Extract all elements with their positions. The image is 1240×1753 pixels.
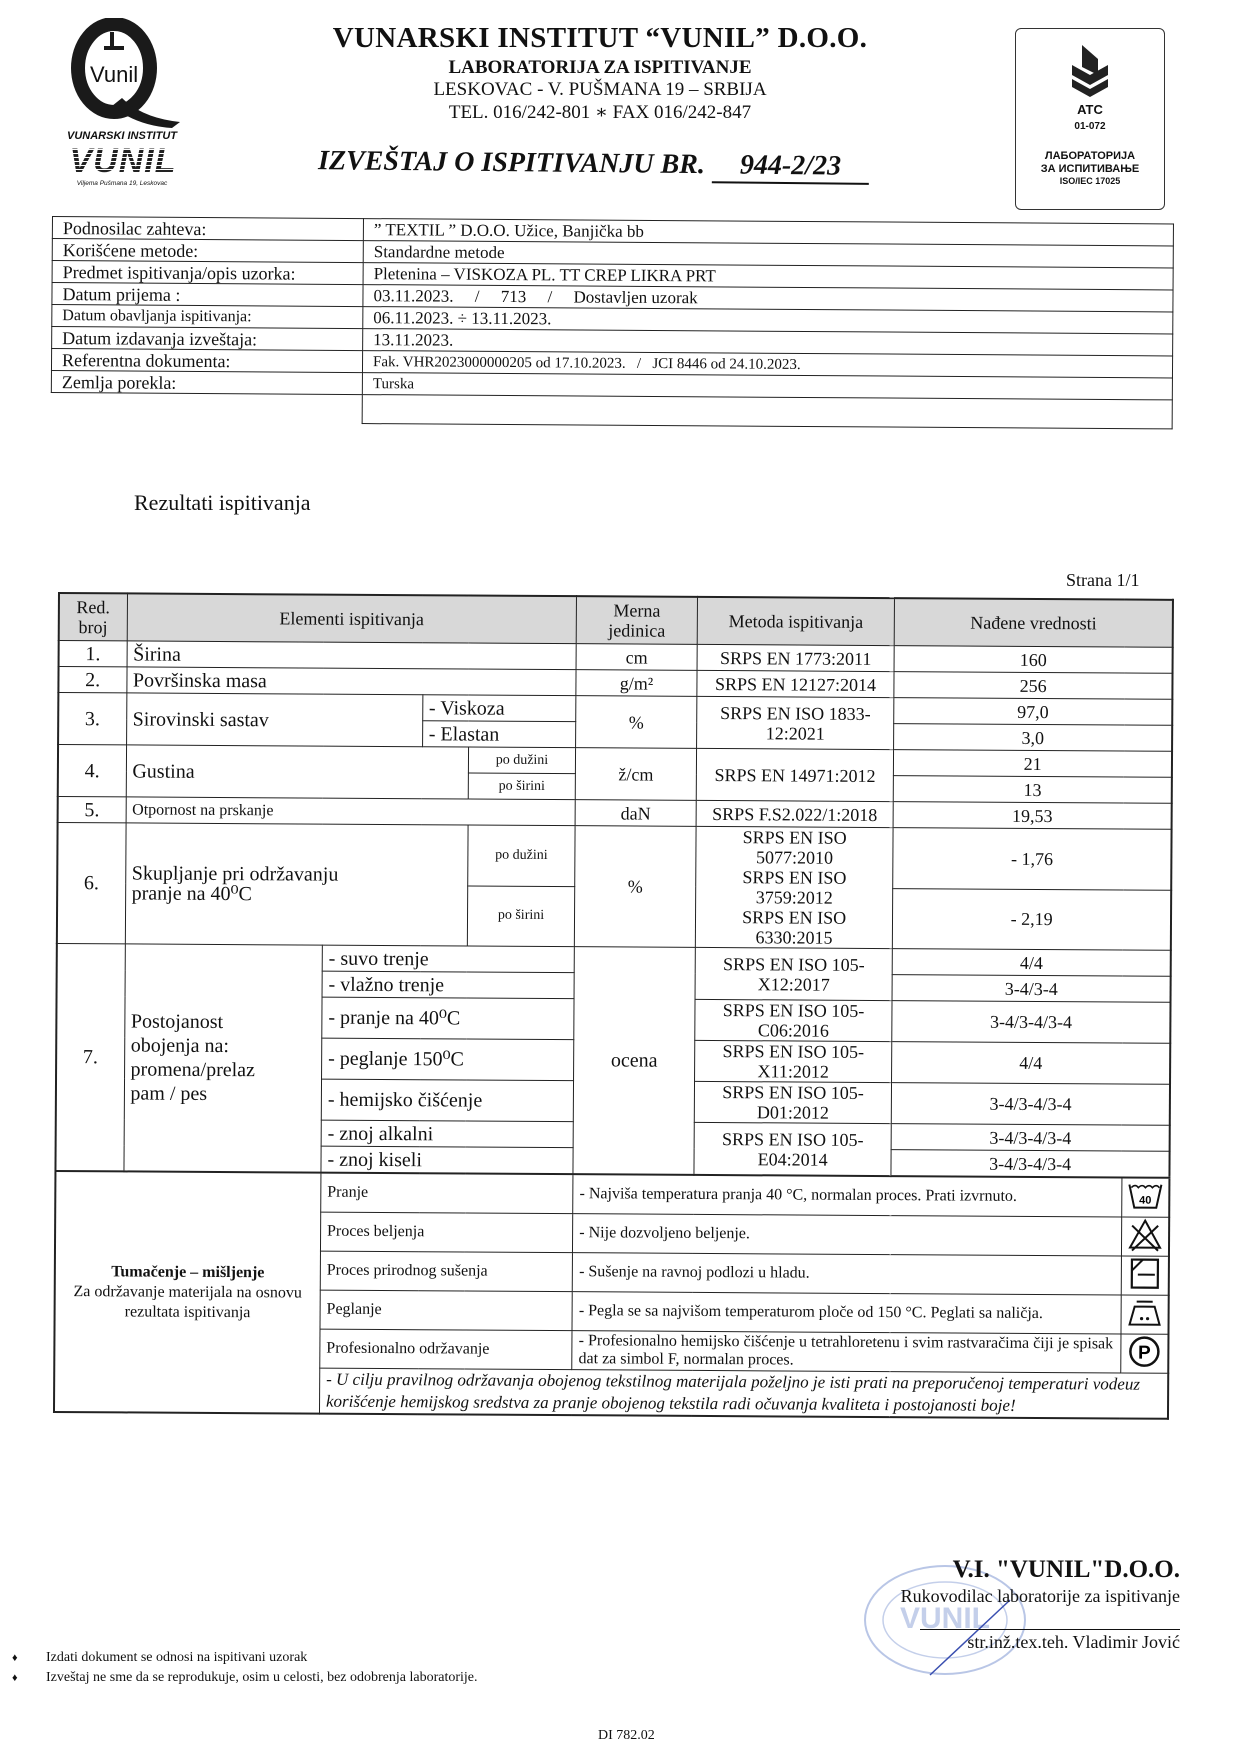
signature-line: [920, 1629, 1180, 1630]
report-title-label: IZVEŠTAJ O ISPITIVANJU BR.: [318, 145, 705, 180]
method: SRPS EN ISO 105-X12:2017: [695, 947, 893, 1000]
table-row: 7. Postojanost obojenja na: promena/prel…: [57, 943, 1171, 976]
logo-brand: VUNIL: [58, 142, 188, 181]
element-name: Sirovinski sastav: [126, 693, 422, 747]
info-label: Datum obavljanja ispitivanja:: [52, 305, 363, 329]
row-number: 6.: [57, 823, 126, 944]
org-name: VUNARSKI INSTITUT “VUNIL” D.O.O.: [300, 22, 900, 55]
method: SRPS F.S2.022/1:2018: [696, 800, 894, 827]
unit: g/m²: [576, 670, 697, 697]
value: 21: [894, 750, 1172, 778]
atc-label: ATC: [1016, 102, 1164, 117]
page-indicator: Strana 1/1: [1066, 570, 1140, 591]
info-label: Zemlja porekla:: [51, 370, 362, 394]
row-number: 1.: [59, 641, 127, 667]
element-name: Otpornost na prskanje: [126, 797, 576, 826]
value: - 1,76: [893, 828, 1172, 890]
logo-q-text: Vunil: [90, 62, 138, 88]
report-number: 944-2/23: [712, 149, 869, 185]
info-label: Korišćene metode:: [52, 239, 363, 263]
value: - 2,19: [893, 888, 1172, 950]
value: 4/4: [892, 1042, 1170, 1085]
report-title: IZVEŠTAJ O ISPITIVANJU BR. 944-2/23: [318, 145, 869, 185]
row-number: 3.: [58, 693, 126, 745]
svg-text:40: 40: [1139, 1195, 1151, 1207]
element-name: Postojanost obojenja na: promena/prelaz …: [123, 944, 322, 1173]
interpretation-cell: Tumačenje – mišljenje Za održavanje mate…: [54, 1171, 321, 1414]
footer-notes: ♦Izdati dokument se odnosi na ispitivani…: [12, 1648, 478, 1688]
sub-element: po širini: [468, 773, 576, 800]
results-header-row: Red. broj Elementi ispitivanja Merna jed…: [59, 593, 1173, 647]
letterhead: VUNARSKI INSTITUT “VUNIL” D.O.O. LABORAT…: [300, 22, 900, 124]
info-label: Datum izdavanja izveštaja:: [52, 327, 363, 351]
care-text: - Pegla se sa najvišom temperaturom ploč…: [572, 1292, 1121, 1334]
care-label: Proces beljenja: [320, 1212, 573, 1253]
value: 3-4/3-4/3-4: [892, 1083, 1170, 1126]
method: SRPS EN ISO 105-C06:2016: [695, 999, 893, 1041]
element-name: Gustina: [126, 745, 469, 799]
method: SRPS EN ISO 1833-12:2021: [696, 696, 894, 749]
wash-40-icon: 40: [1121, 1178, 1169, 1218]
info-label: Datum prijema :: [52, 283, 363, 307]
atc-line1: ЛАБОРАТОРИЈА: [1016, 150, 1164, 163]
sub-element: - hemijsko čišćenje: [321, 1079, 574, 1122]
sub-element: po dužini: [468, 747, 576, 774]
element-name: Skupljanje pri održavanju pranje na 40⁰C: [125, 823, 468, 946]
care-text: - Profesionalno hemijsko čišćenje u tetr…: [572, 1331, 1121, 1373]
org-address: LESKOVAC - V. PUŠMANA 19 – SRBIJA: [300, 79, 900, 101]
value: 3-4/3-4/3-4: [891, 1124, 1169, 1152]
dry-clean-p-icon: P: [1120, 1334, 1168, 1373]
row-number: 5.: [58, 797, 126, 823]
interpretation-subtitle: Za održavanje materijala na osnovu rezul…: [62, 1282, 314, 1324]
row-number: 4.: [58, 745, 126, 797]
element-name-line: pranje na 40⁰C: [132, 883, 461, 905]
table-row: 6. Skupljanje pri održavanju pranje na 4…: [57, 823, 1171, 890]
care-text: - Sušenje na ravnoj podlozi u hladu.: [572, 1253, 1121, 1295]
table-row: 4. Gustina po dužini ž/cm SRPS EN 14971:…: [58, 745, 1172, 778]
iron-medium-icon: [1121, 1295, 1169, 1334]
interpretation-title: Tumačenje – mišljenje: [62, 1262, 314, 1284]
value: 3-4/3-4: [892, 975, 1170, 1003]
atc-line2: ЗА ИСПИТИВАЊЕ: [1016, 163, 1164, 176]
value: 19,53: [893, 802, 1171, 830]
table-row: 3. Sirovinski sastav - Viskoza % SRPS EN…: [58, 693, 1172, 726]
unit: ž/cm: [575, 748, 696, 801]
value: 4/4: [893, 949, 1171, 977]
value: 3,0: [894, 724, 1172, 752]
info-label: Predmet ispitivanja/opis uzorka:: [52, 261, 363, 285]
sub-element: - suvo trenje: [322, 945, 574, 973]
method: SRPS EN ISO 105-E04:2014: [694, 1122, 892, 1176]
row-number: 7.: [55, 943, 124, 1171]
row-number: 2.: [58, 667, 126, 693]
element-name: Površinska masa: [126, 667, 576, 696]
signature-company: V.I. "VUNIL"D.O.O.: [880, 1556, 1180, 1584]
value: 97,0: [894, 698, 1172, 726]
signature-name: str.inž.tex.teh. Vladimir Jović: [880, 1632, 1180, 1653]
info-label: Podnosilac zahteva:: [52, 217, 363, 241]
sub-element: - pranje na 40⁰C: [322, 997, 575, 1040]
value: 13: [894, 776, 1172, 804]
care-label: Profesionalno održavanje: [320, 1329, 573, 1370]
care-label: Peglanje: [320, 1290, 573, 1331]
no-bleach-icon: [1121, 1217, 1169, 1256]
form-code: DI 782.02: [598, 1728, 655, 1744]
element-name: Širina: [127, 641, 577, 670]
unit: daN: [575, 800, 696, 827]
sub-element: po dužini: [467, 825, 575, 886]
unit: %: [575, 826, 696, 948]
accreditation-badge: ATC 01-072 ЛАБОРАТОРИЈА ЗА ИСПИТИВАЊЕ IS…: [1015, 28, 1165, 210]
value: 160: [894, 646, 1172, 674]
info-label: Referentna dokumenta:: [51, 349, 362, 373]
unit: cm: [576, 644, 697, 671]
unit: ocena: [573, 947, 695, 1175]
col-header-unit: Merna jedinica: [576, 596, 697, 644]
signature-role: Rukovodilac laboratorije za ispitivanje: [880, 1586, 1180, 1607]
sub-element: po širini: [467, 886, 575, 947]
logo-address: Viljema Pušmana 19, Leskovac: [52, 180, 192, 187]
care-text: - Najviša temperatura pranja 40 °C, norm…: [573, 1174, 1122, 1217]
col-header-value: Nađene vrednosti: [895, 598, 1173, 647]
care-note: - U cilju pravilnog održavanja obojenog …: [319, 1368, 1168, 1419]
sub-element: - Viskoza: [422, 695, 576, 722]
lab-name: LABORATORIJA ZA ISPITIVANJE: [300, 57, 900, 79]
org-phone: TEL. 016/242-801 ∗ FAX 016/242-847: [300, 101, 900, 124]
logo-institute-label: VUNARSKI INSTITUT: [52, 130, 192, 142]
method: SRPS EN 1773:2011: [697, 644, 895, 671]
method: SRPS EN 14971:2012: [696, 748, 894, 801]
institute-logo: Vunil VUNARSKI INSTITUT VUNIL Viljema Pu…: [52, 18, 192, 186]
value: 3-4/3-4/3-4: [892, 1001, 1170, 1044]
atc-standard: ISO/IEC 17025: [1016, 176, 1164, 186]
care-label: Pranje: [321, 1173, 574, 1214]
results-table: Red. broj Elementi ispitivanja Merna jed…: [53, 592, 1174, 1420]
footer-note: ♦Izdati dokument se odnosi na ispitivani…: [12, 1648, 478, 1668]
signature-block: V.I. "VUNIL"D.O.O. Rukovodilac laborator…: [880, 1556, 1180, 1653]
svg-text:P: P: [1138, 1343, 1151, 1364]
atc-number: 01-072: [1016, 121, 1164, 132]
value: 256: [894, 672, 1172, 700]
footer-note: ♦Izveštaj ne sme da se reprodukuje, osim…: [12, 1668, 478, 1688]
sub-element: - znoj kiseli: [321, 1146, 573, 1174]
results-section-title: Rezultati ispitivanja: [134, 490, 311, 516]
method: SRPS EN ISO 5077:2010 SRPS EN ISO 3759:2…: [695, 826, 893, 948]
atc-chevron-icon: [1068, 45, 1112, 97]
sub-element: - Elastan: [422, 721, 576, 748]
care-text: - Nije dozvoljeno beljenje.: [573, 1214, 1122, 1256]
sample-info-table: Podnosilac zahteva:” TEXTIL ” D.O.O. Uži…: [51, 216, 1174, 429]
method: SRPS EN 12127:2014: [697, 670, 895, 697]
col-header-element: Elementi ispitivanja: [127, 593, 577, 643]
sub-element: - vlažno trenje: [322, 971, 574, 999]
method: SRPS EN ISO 105-D01:2012: [694, 1081, 892, 1123]
bullet-icon: ♦: [12, 1648, 46, 1668]
method: SRPS EN ISO 105-X11:2012: [694, 1040, 892, 1082]
col-header-no: Red. broj: [59, 593, 127, 641]
value: 3-4/3-4/3-4: [891, 1150, 1169, 1178]
sub-element: - znoj alkalni: [321, 1120, 573, 1148]
bullet-icon: ♦: [12, 1668, 46, 1688]
sub-element: - peglanje 150⁰C: [321, 1038, 574, 1081]
care-label: Proces prirodnog sušenja: [320, 1251, 573, 1292]
col-header-method: Metoda ispitivanja: [697, 597, 895, 646]
care-row: Tumačenje – mišljenje Za održavanje mate…: [55, 1171, 1169, 1217]
unit: %: [576, 696, 697, 749]
dry-flat-shade-icon: [1121, 1256, 1169, 1295]
